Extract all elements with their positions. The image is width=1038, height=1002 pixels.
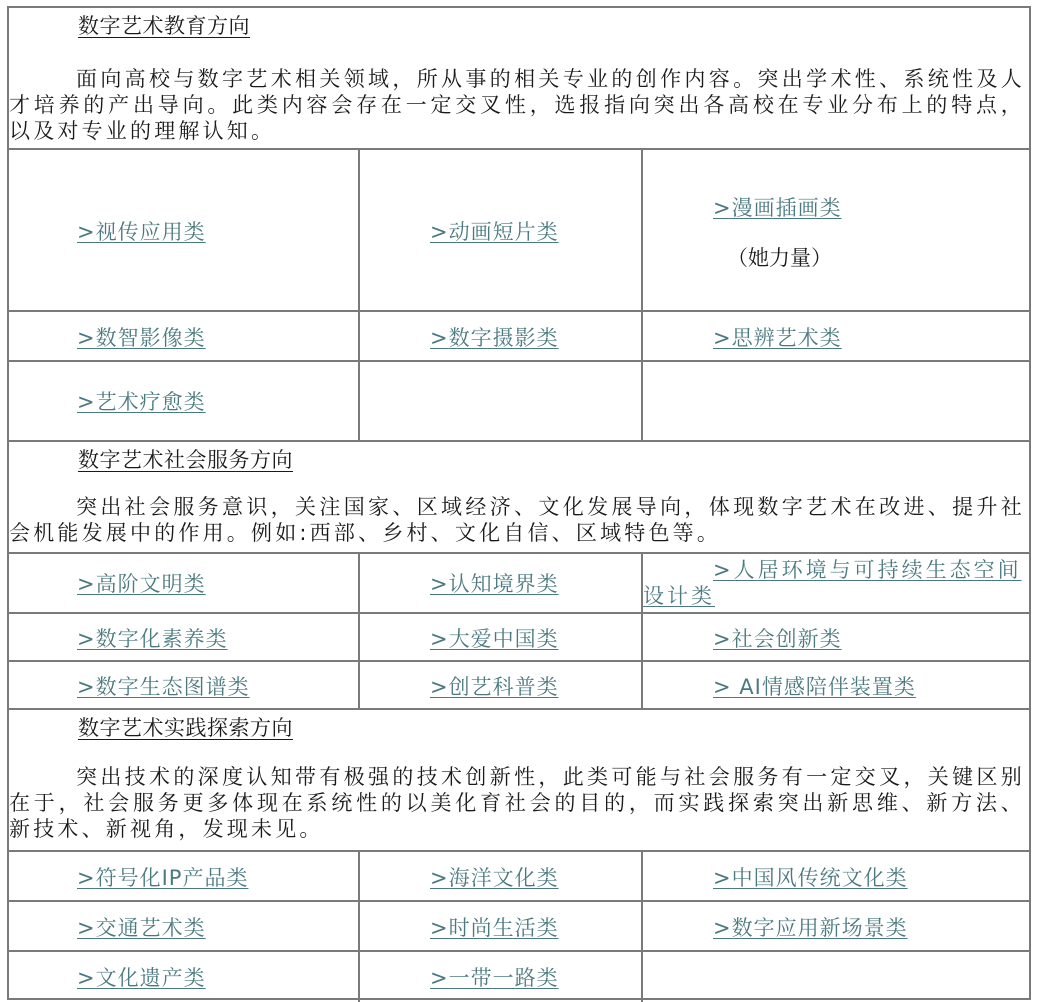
- section-title: 数字艺术实践探索方向: [78, 712, 293, 742]
- category-link[interactable]: >数字化素养类: [77, 623, 228, 653]
- category-link[interactable]: >时尚生活类: [430, 912, 559, 942]
- table-row: >文化遗产类 >一带一路类: [9, 952, 1029, 1002]
- table-cell-empty: [643, 362, 1029, 440]
- table-cell: >文化遗产类: [9, 952, 360, 1002]
- category-link[interactable]: >动画短片类: [430, 216, 559, 246]
- category-link[interactable]: >数字应用新场景类: [713, 912, 908, 942]
- section-description: 面向高校与数字艺术相关领域，所从事的相关专业的创作内容。突出学术性、系统性及人才…: [9, 66, 1025, 144]
- section-practice-header: 数字艺术实践探索方向 突出技术的深度认知带有极强的技术创新性，此类可能与社会服务…: [9, 710, 1029, 852]
- table-row: >数字化素养类 >大爱中国类 >社会创新类: [9, 614, 1029, 662]
- section-education-header: 数字艺术教育方向 面向高校与数字艺术相关领域，所从事的相关专业的创作内容。突出学…: [9, 8, 1029, 150]
- table-row: >艺术疗愈类: [9, 362, 1029, 442]
- category-link[interactable]: >漫画插画类: [713, 192, 842, 222]
- category-link[interactable]: >视传应用类: [77, 216, 206, 246]
- table-cell: >漫画插画类 （她力量）: [643, 150, 1029, 310]
- table-row: >交通艺术类 >时尚生活类 >数字应用新场景类: [9, 902, 1029, 952]
- table-cell: >创艺科普类: [360, 662, 643, 708]
- table-cell: >思辨艺术类: [643, 312, 1029, 360]
- category-link[interactable]: >文化遗产类: [77, 962, 206, 992]
- table-cell: >认知境界类: [360, 554, 643, 612]
- category-link[interactable]: >数字摄影类: [430, 322, 559, 352]
- category-link[interactable]: >人居环境与可持续生态空间设计类: [643, 557, 1029, 609]
- category-link[interactable]: >思辨艺术类: [713, 322, 842, 352]
- category-link[interactable]: >数字生态图谱类: [77, 671, 250, 701]
- category-link[interactable]: >大爱中国类: [430, 623, 559, 653]
- category-link[interactable]: >中国风传统文化类: [713, 862, 908, 892]
- category-link[interactable]: >海洋文化类: [430, 862, 559, 892]
- table-row: >高阶文明类 >认知境界类 >人居环境与可持续生态空间设计类: [9, 554, 1029, 614]
- table-cell: >数字摄影类: [360, 312, 643, 360]
- table-cell: >数智影像类: [9, 312, 360, 360]
- section-description: 突出社会服务意识，关注国家、区域经济、文化发展导向，体现数字艺术在改进、提升社会…: [9, 494, 1025, 546]
- category-link[interactable]: >符号化IP产品类: [77, 862, 248, 892]
- table-cell: >社会创新类: [643, 614, 1029, 660]
- category-link[interactable]: >一带一路类: [430, 962, 559, 992]
- table-row: >视传应用类 >动画短片类 >漫画插画类 （她力量）: [9, 150, 1029, 312]
- table-cell: >动画短片类: [360, 150, 643, 310]
- table-cell: >大爱中国类: [360, 614, 643, 660]
- table-cell: >交通艺术类: [9, 902, 360, 950]
- table-cell: >海洋文化类: [360, 852, 643, 900]
- table-cell: >时尚生活类: [360, 902, 643, 950]
- table-cell: >数字化素养类: [9, 614, 360, 660]
- table-cell: >人居环境与可持续生态空间设计类: [643, 554, 1029, 612]
- table-cell-empty: [360, 362, 643, 440]
- category-link[interactable]: >社会创新类: [713, 623, 842, 653]
- table-cell: >一带一路类: [360, 952, 643, 1002]
- category-link[interactable]: >交通艺术类: [77, 912, 206, 942]
- category-table: 数字艺术教育方向 面向高校与数字艺术相关领域，所从事的相关专业的创作内容。突出学…: [7, 6, 1031, 1000]
- table-cell: >高阶文明类: [9, 554, 360, 612]
- table-cell: >艺术疗愈类: [9, 362, 360, 440]
- section-description: 突出技术的深度认知带有极强的技术创新性，此类可能与社会服务有一定交叉，关键区别在…: [9, 764, 1025, 842]
- category-link[interactable]: >艺术疗愈类: [77, 386, 206, 416]
- table-row: >数智影像类 >数字摄影类 >思辨艺术类: [9, 312, 1029, 362]
- section-title: 数字艺术教育方向: [78, 10, 250, 40]
- category-link[interactable]: >认知境界类: [430, 568, 559, 598]
- category-note: （她力量）: [727, 242, 832, 272]
- table-row: >数字生态图谱类 >创艺科普类 > AI情感陪伴装置类: [9, 662, 1029, 710]
- category-link[interactable]: > AI情感陪伴装置类: [713, 671, 916, 701]
- table-cell: >数字生态图谱类: [9, 662, 360, 708]
- table-cell: >视传应用类: [9, 150, 360, 310]
- section-title: 数字艺术社会服务方向: [78, 444, 293, 474]
- table-cell: >数字应用新场景类: [643, 902, 1029, 950]
- category-link[interactable]: >高阶文明类: [77, 568, 206, 598]
- section-service-header: 数字艺术社会服务方向 突出社会服务意识，关注国家、区域经济、文化发展导向，体现数…: [9, 442, 1029, 554]
- table-cell-empty: [643, 952, 1029, 1002]
- category-link[interactable]: >创艺科普类: [430, 671, 559, 701]
- table-cell: > AI情感陪伴装置类: [643, 662, 1029, 708]
- table-cell: >中国风传统文化类: [643, 852, 1029, 900]
- table-cell: >符号化IP产品类: [9, 852, 360, 900]
- category-link[interactable]: >数智影像类: [77, 322, 206, 352]
- table-row: >符号化IP产品类 >海洋文化类 >中国风传统文化类: [9, 852, 1029, 902]
